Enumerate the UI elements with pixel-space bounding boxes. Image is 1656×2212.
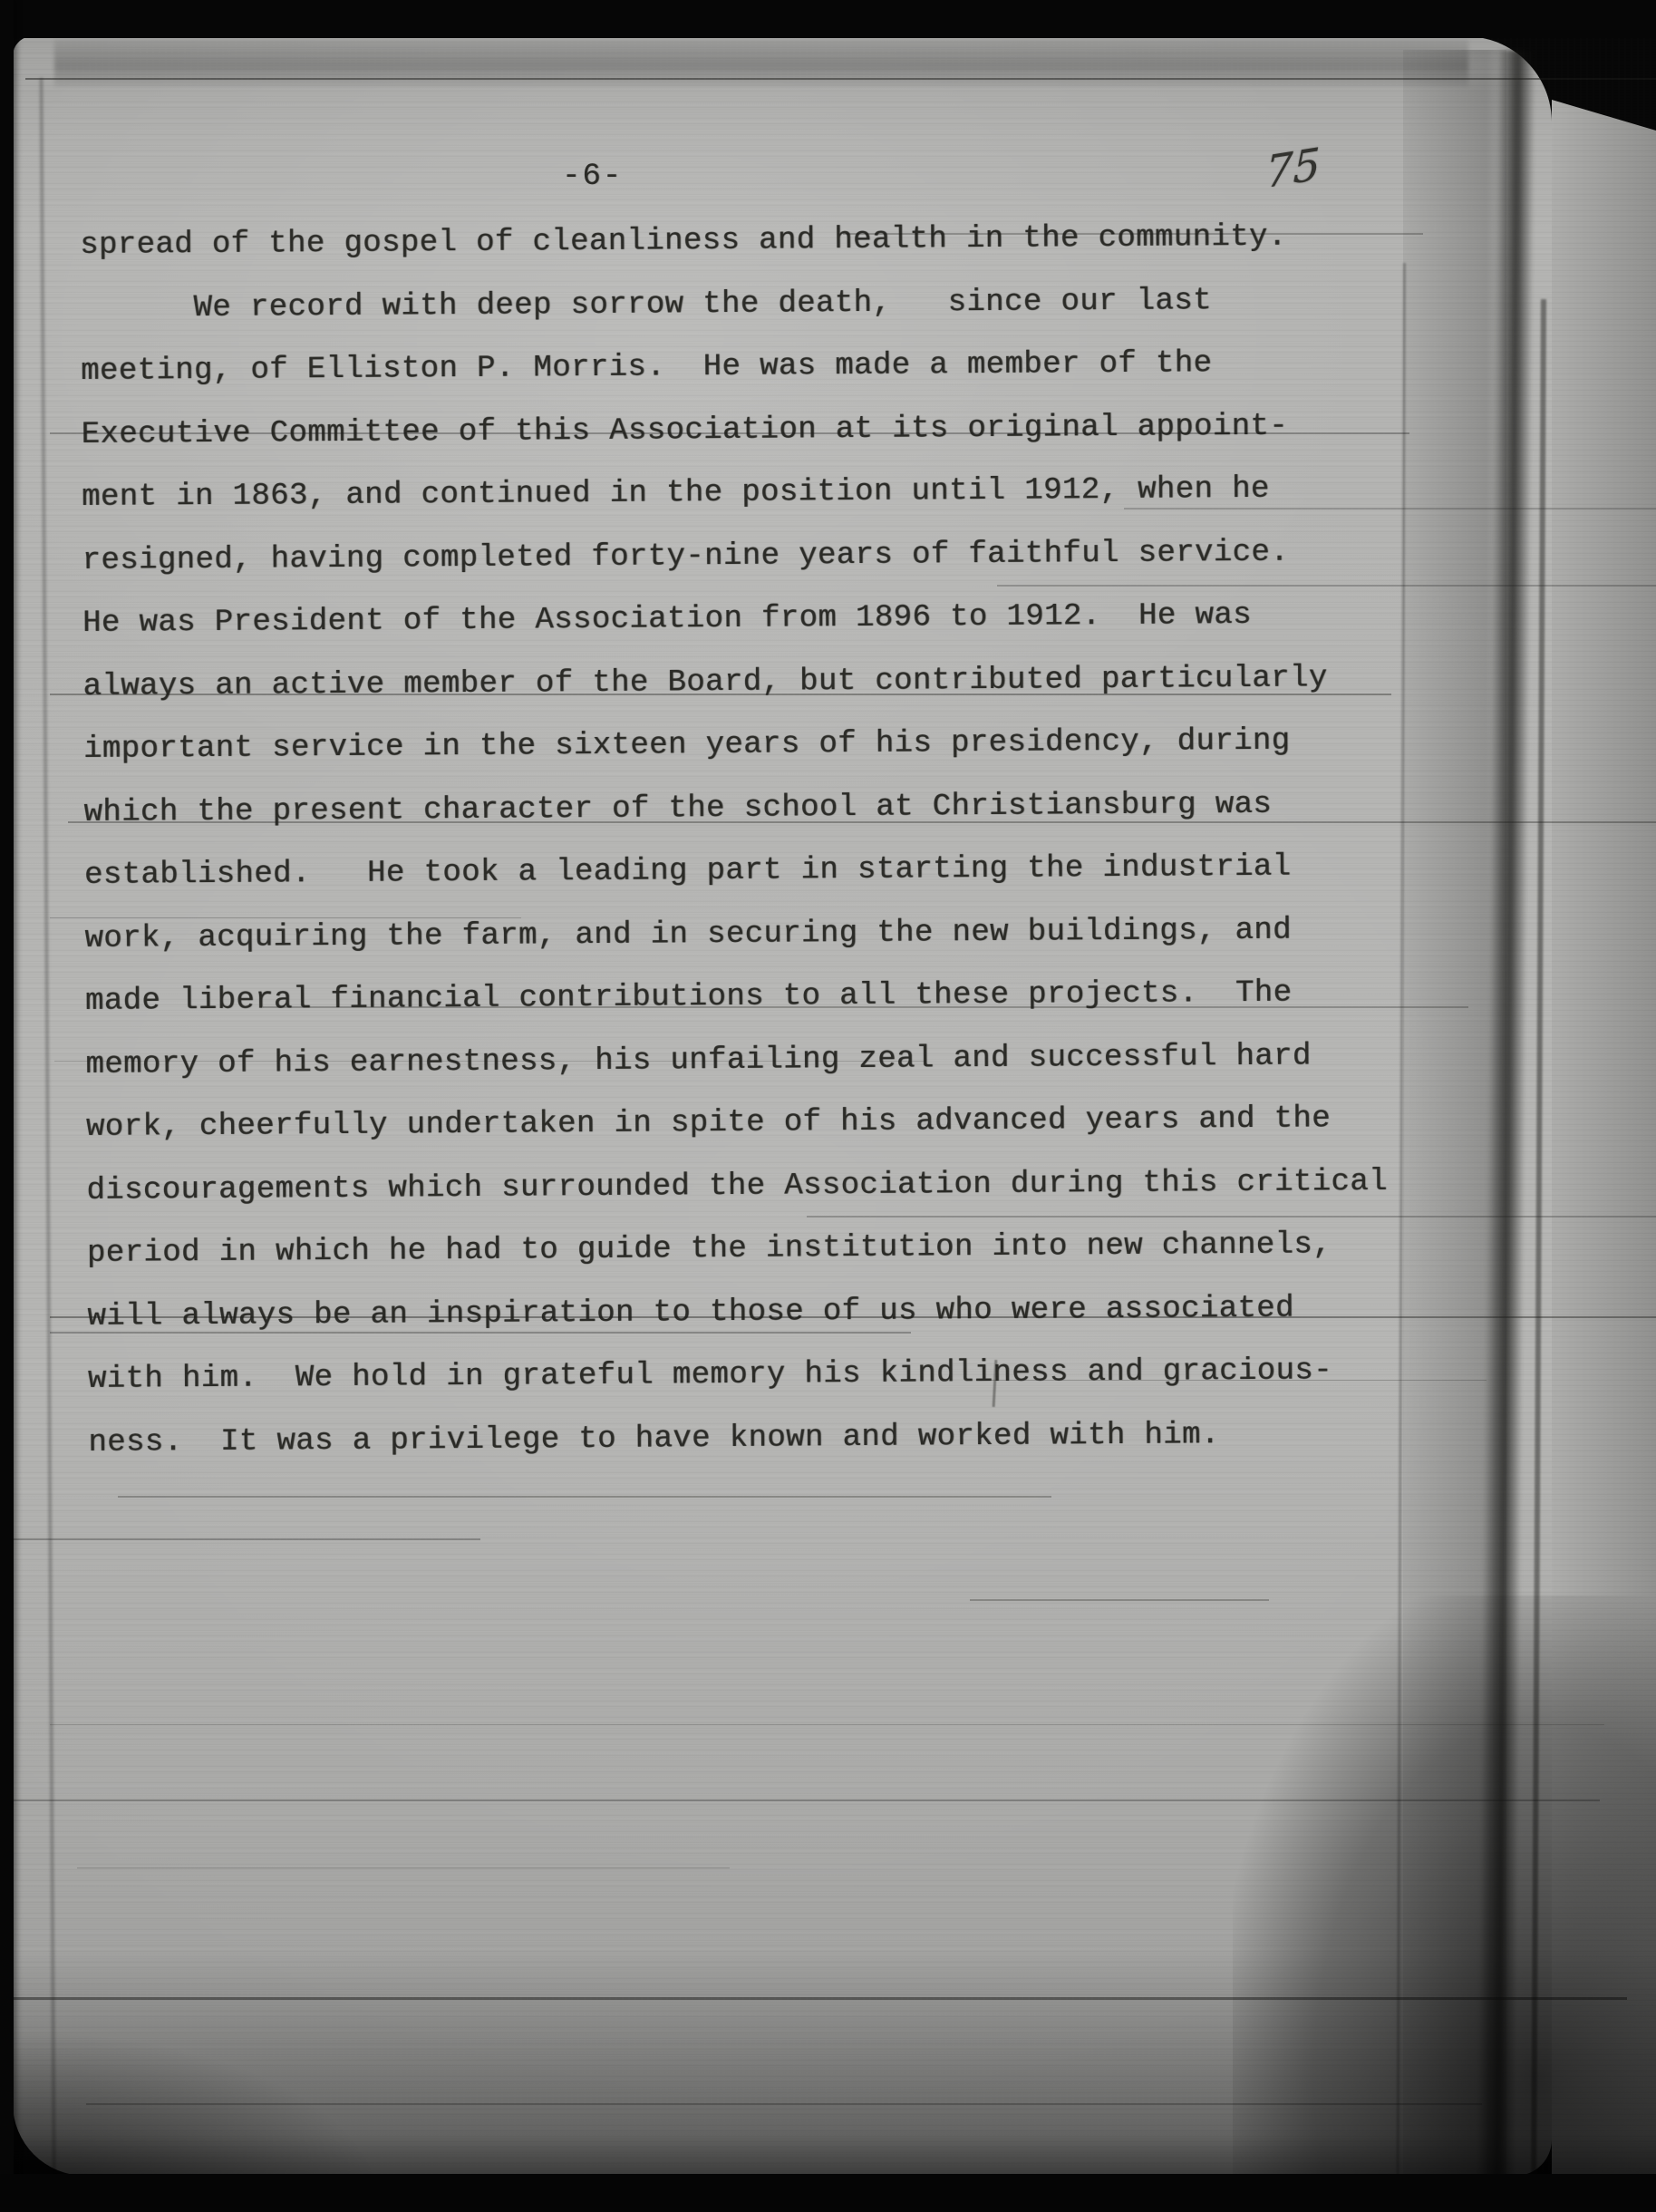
scanner-edge-left (0, 0, 14, 2212)
typed-text-block: spread of the gospel of cleanliness and … (80, 205, 1539, 1475)
typed-line: ment in 1863, and continued in the posit… (82, 457, 1532, 530)
typed-line: made liberal financial contributions to … (85, 961, 1535, 1034)
typed-line: always an active member of the Board, bu… (82, 645, 1533, 719)
typed-line: He was President of the Association from… (82, 583, 1533, 656)
typed-line: discouragements which surrounded the Ass… (86, 1150, 1536, 1223)
typed-line: meeting, of Elliston P. Morris. He was m… (81, 331, 1531, 404)
typed-line: with him. We hold in grateful memory his… (88, 1339, 1538, 1412)
folio-number: 75 (1265, 139, 1321, 199)
scanner-edge-bottom (0, 2174, 1656, 2212)
typed-line: established. He took a leading part in s… (84, 835, 1535, 908)
typed-line: will always be an inspiration to those o… (87, 1276, 1537, 1349)
typed-line: Executive Committee of this Association … (81, 393, 1531, 467)
scanned-page: -6- 75 spread of the gospel of cleanline… (0, 0, 1656, 2212)
adjacent-page-edge (1552, 91, 1656, 2212)
typed-line: resigned, having completed forty-nine ye… (82, 519, 1532, 593)
typed-line: work, acquiring the farm, and in securin… (84, 897, 1535, 971)
typed-line: period in which he had to guide the inst… (87, 1213, 1537, 1286)
typed-line: memory of his earnestness, his unfailing… (85, 1024, 1535, 1097)
typed-line: ness. It was a privilege to have known a… (88, 1402, 1538, 1475)
page-number: -6- (562, 160, 623, 194)
typed-line: spread of the gospel of cleanliness and … (80, 205, 1530, 278)
typed-line: important service in the sixteen years o… (83, 709, 1534, 782)
typed-line: We record with deep sorrow the death, si… (80, 267, 1530, 341)
scan-shadow-top (54, 40, 1468, 87)
typed-line: which the present character of the schoo… (83, 771, 1534, 845)
scanner-edge-top (0, 0, 1656, 38)
typed-line: work, cheerfully undertaken in spite of … (86, 1087, 1536, 1160)
